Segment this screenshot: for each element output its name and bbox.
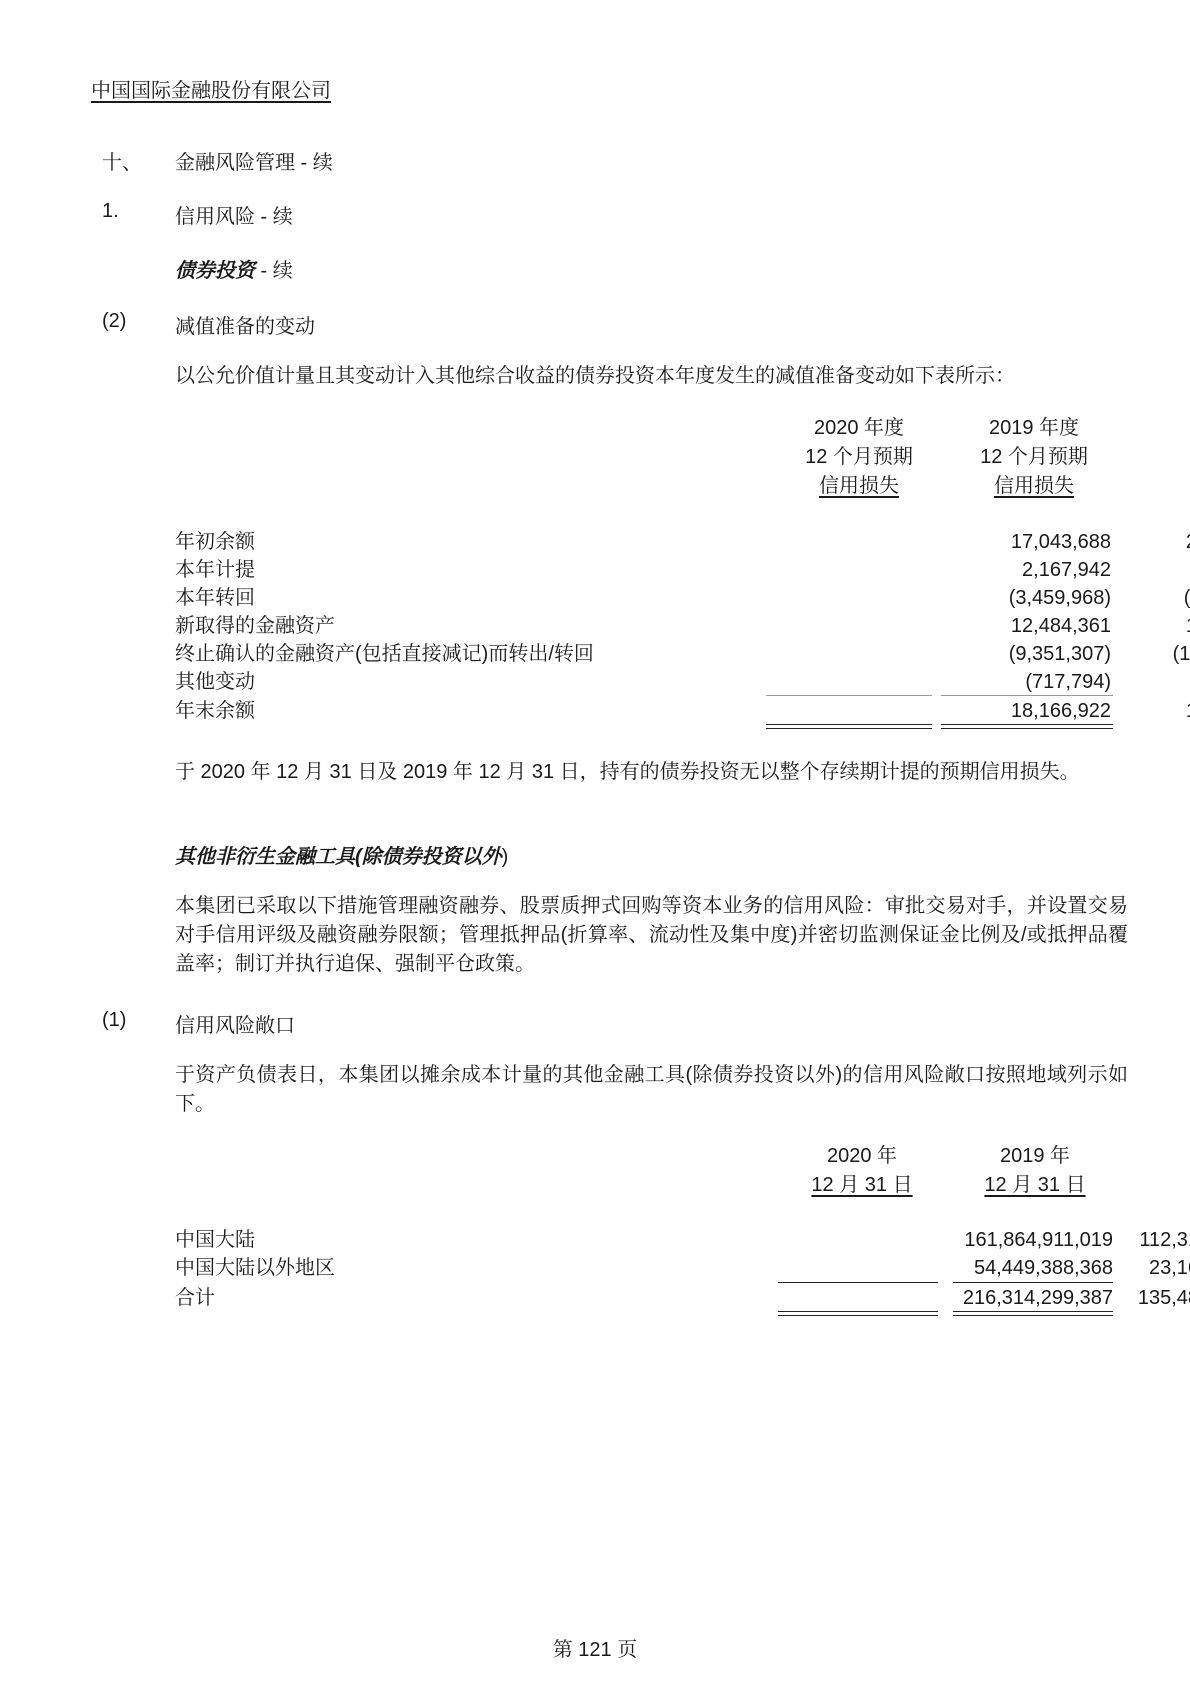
row-label: 中国大陆以外地区 (175, 1254, 335, 1282)
subtotal-rule (941, 695, 1113, 696)
row-label: 年初余额 (175, 528, 255, 556)
row-label: 年末余额 (175, 697, 255, 725)
page-number: 第 121 页 (0, 1633, 1190, 1662)
table1-col-2020: 2020 年度 12 个月预期 信用损失 (774, 414, 944, 501)
row-label: 新取得的金融资产 (175, 612, 335, 640)
subsection-title: 信用风险 - 续 (175, 200, 293, 229)
value-2019: 10,215,082 (960, 612, 1190, 640)
title-close-paren: ) (502, 846, 509, 868)
row-label: 中国大陆 (175, 1226, 255, 1254)
item-title: 信用风险敞口 (175, 1009, 295, 1038)
bond-investment-suffix: - 续 (255, 260, 293, 282)
value-2019: 260,983 (960, 668, 1190, 696)
total-double-rule (953, 1311, 1113, 1316)
col-header-line2: 12 个月预期 (949, 443, 1119, 472)
col-header-line3: 信用损失 (819, 475, 899, 497)
value-2019: 323,121 (960, 556, 1190, 584)
col-header-line2: 12 月 31 日 (811, 1174, 912, 1196)
row-label: 合计 (175, 1284, 215, 1312)
col-header-line1: 2020 年度 (774, 414, 944, 443)
total-double-rule (941, 724, 1113, 729)
bond-investment-heading: 债券投资 - 续 (175, 254, 293, 283)
section-number: 十、 (102, 146, 142, 175)
item-number: (1) (102, 1009, 126, 1032)
row-label: 本年转回 (175, 584, 255, 612)
row-label: 其他变动 (175, 668, 255, 696)
table1-col-2019: 2019 年度 12 个月预期 信用损失 (949, 414, 1119, 501)
total-double-rule (778, 1311, 938, 1316)
value-2019: 17,043,688 (960, 697, 1190, 725)
measures-paragraph: 本集团已采取以下措施管理融资融券、股票质押式回购等资本业务的信用风险：审批交易对… (175, 892, 1128, 979)
col-header-line1: 2019 年 (950, 1142, 1120, 1171)
row-label: 终止确认的金融资产(包括直接减记)而转出/转回 (175, 640, 594, 668)
value-2019: (1,710,316) (960, 584, 1190, 612)
value-2019: (12,197,036) (960, 640, 1190, 668)
note-paragraph: 于 2020 年 12 月 31 日及 2019 年 12 月 31 日，持有的… (175, 758, 1128, 787)
bond-investment-title: 债券投资 (175, 260, 255, 282)
col-header-line1: 2020 年 (777, 1142, 947, 1171)
subtotal-rule (766, 695, 932, 696)
row-label: 本年计提 (175, 556, 255, 584)
other-instruments-heading: 其他非衍生金融工具(除债券投资以外) (175, 840, 508, 869)
company-name: 中国国际金融股份有限公司 (91, 74, 331, 103)
value-2019: 20,151,854 (960, 528, 1190, 556)
section-title: 金融风险管理 - 续 (175, 146, 333, 175)
subtotal-rule (778, 1282, 938, 1283)
value-2019: 135,482,785,415 (962, 1284, 1190, 1312)
col-header-line3: 信用损失 (994, 475, 1074, 497)
col-header-line1: 2019 年度 (949, 414, 1119, 443)
table2-col-2020: 2020 年 12 月 31 日 (777, 1142, 947, 1200)
value-2019: 112,313,223,169 (962, 1226, 1190, 1254)
col-header-line2: 12 月 31 日 (984, 1174, 1085, 1196)
item-title: 减值准备的变动 (175, 310, 315, 339)
intro-paragraph: 以公允价值计量且其变动计入其他综合收益的债券投资本年度发生的减值准备变动如下表所… (175, 362, 1128, 391)
subtotal-rule (953, 1282, 1113, 1283)
total-double-rule (766, 724, 932, 729)
exposure-paragraph: 于资产负债表日，本集团以摊余成本计量的其他金融工具(除债券投资以外)的信用风险敞… (175, 1061, 1128, 1119)
table2-col-2019: 2019 年 12 月 31 日 (950, 1142, 1120, 1200)
subsection-number: 1. (102, 200, 119, 223)
other-instruments-title: 其他非衍生金融工具(除债券投资以外 (175, 846, 502, 868)
item-number: (2) (102, 310, 126, 333)
col-header-line2: 12 个月预期 (774, 443, 944, 472)
value-2019: 23,169,562,246 (962, 1254, 1190, 1282)
